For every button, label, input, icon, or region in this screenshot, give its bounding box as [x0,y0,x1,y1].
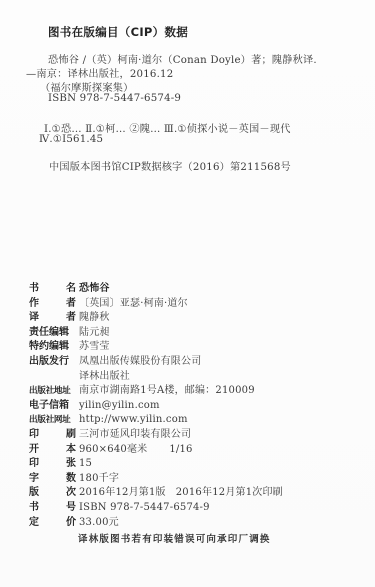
row-value: 〔英国〕亚瑟·柯南·道尔 [79,297,188,312]
row-label: 译者 [29,311,76,326]
cip-line-isbn: ISBN 978-7-5447-6574-9 [48,93,181,104]
colophon-row-book-title: 书名 恐怖谷 [29,282,283,297]
row-value: 960×640毫米1/16 [79,443,193,458]
colophon-table: 书名 恐怖谷 作者 〔英国〕亚瑟·柯南·道尔 译者 隗静秋 责任编辑 陆元昶 特… [29,282,283,530]
row-value: 苏雪莹 [79,340,110,355]
row-value: 南京市湖南路1号A楼，邮编：210009 [79,384,255,399]
row-value: 15 [79,457,92,472]
colophon-row-word-count: 字数 180千字 [29,472,283,487]
colophon-row-isbn: 书号 ISBN 978-7-5447-6574-9 [29,501,283,516]
cip-line-series: （福尔摩斯探案集） [40,79,134,94]
footer-note: 译林版图书若有印装错误可向承印厂调换 [78,531,271,545]
row-label: 字数 [29,472,76,487]
colophon-row-format: 开本 960×640毫米1/16 [29,443,283,458]
cip-classification-line-2: Ⅳ.①I561.45 [39,134,103,145]
row-label: 电子信箱 [29,399,76,414]
row-value: 陆元昶 [79,326,110,341]
colophon-row-address: 出版社地址 南京市湖南路1号A楼，邮编：210009 [29,384,283,399]
row-value: 凤凰出版传媒股份有限公司 [79,355,201,370]
row-value: 恐怖谷 [79,282,110,297]
colophon-row-author: 作者 〔英国〕亚瑟·柯南·道尔 [29,297,283,312]
colophon-row-price: 定价 33.00元 [29,516,283,531]
colophon-row-special-editor: 特约编辑 苏雪莹 [29,340,283,355]
website-link: http://www.yilin.com [79,413,188,428]
row-value: 180千字 [79,472,119,487]
row-label: 版次 [29,486,76,501]
colophon-row-publisher-imprint: 译林出版社 [29,370,283,385]
colophon-row-translator: 译者 隗静秋 [29,311,283,326]
cip-title: 图书在版编目（CIP）数据 [48,24,188,40]
row-value: 三河市延风印装有限公司 [79,428,191,443]
row-value: 33.00元 [79,516,119,531]
colophon-row-editor: 责任编辑 陆元昶 [29,326,283,341]
colophon-row-edition: 版次 2016年12月第1版2016年12月第1次印刷 [29,486,283,501]
cip-line-title-author: 恐怖谷 /（英）柯南·道尔（Conan Doyle）著；隗静秋译. [48,51,317,66]
row-label: 书名 [29,282,76,297]
row-value: 隗静秋 [79,311,110,326]
colophon-row-sheets: 印张 15 [29,457,283,472]
row-label: 责任编辑 [29,326,76,341]
row-label: 出版社地址 [29,384,76,399]
row-label: 特约编辑 [29,340,76,355]
row-value: 译林出版社 [79,370,130,385]
cip-record-number: 中国版本图书馆CIP数据核字（2016）第211568号 [49,158,291,173]
row-label: 出版社网址 [29,413,76,428]
colophon-row-printer: 印刷 三河市延风印装有限公司 [29,428,283,443]
row-label: 书号 [29,501,76,516]
row-label: 定价 [29,516,76,531]
row-label: 作者 [29,297,76,312]
colophon-row-website: 出版社网址 http://www.yilin.com [29,413,283,428]
row-label: 印张 [29,457,76,472]
cip-classification-line-1: Ⅰ.①恐… Ⅱ.①柯… ②隗… Ⅲ.①侦探小说－英国－现代 [44,120,291,135]
colophon-row-email: 电子信箱 yilin@yilin.com [29,399,283,414]
colophon-row-publisher: 出版发行 凤凰出版传媒股份有限公司 [29,355,283,370]
row-label: 出版发行 [29,355,76,370]
row-label: 开本 [29,443,76,458]
row-value: ISBN 978-7-5447-6574-9 [79,501,210,516]
cip-line-publisher: —南京：译林出版社，2016.12 [26,65,173,80]
email-link: yilin@yilin.com [79,399,160,414]
row-value: 2016年12月第1版2016年12月第1次印刷 [79,486,283,501]
row-label: 印刷 [29,428,76,443]
